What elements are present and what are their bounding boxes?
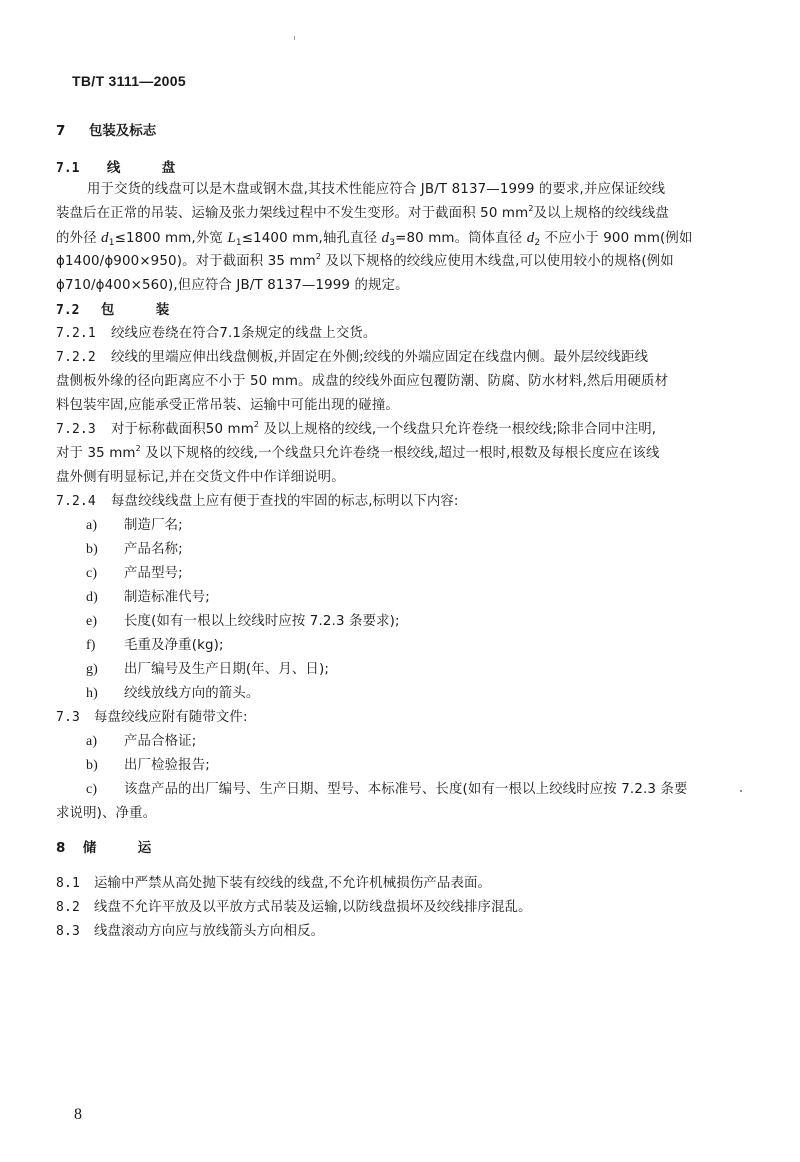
clause-number: 7.1 xyxy=(56,159,79,179)
doc-item-b: b)出厂检验报告; xyxy=(86,756,210,776)
clause-7-2-3-line-2: 对于 35 mm2 及以下规格的绞线,一个线盘只允许卷绕一根绞线,超过一根时,根… xyxy=(56,444,660,464)
page-number: 8 xyxy=(74,1106,82,1124)
item-marker: b) xyxy=(86,756,124,776)
clause-7-2-3-line-3: 盘外侧有明显标记,并在交货文件中作详细说明。 xyxy=(56,468,345,488)
section-title: 包装及标志 xyxy=(89,123,157,139)
item-marker: a) xyxy=(86,516,124,536)
variable: L xyxy=(227,230,236,246)
list-item-a: a)制造厂名; xyxy=(86,516,183,536)
item-marker: c) xyxy=(86,780,124,800)
text-run: ≤1800 mm,外宽 xyxy=(115,231,228,246)
title-char-a: 储 xyxy=(83,840,97,856)
text-run: ϕ1400/ϕ900×950)。对于截面积 35 mm xyxy=(56,254,316,269)
title-char-b: 装 xyxy=(156,302,170,318)
section-7-heading: 7 包装及标志 xyxy=(56,121,156,141)
title-char-a: 线 xyxy=(107,160,121,176)
item-marker: d) xyxy=(86,588,124,608)
paragraph-7-1-line-5: ϕ710/ϕ400×560),但应符合 JB/T 8137—1999 的规定。 xyxy=(56,276,409,296)
clause-number: 7.2.1 xyxy=(56,324,111,344)
clause-7-3: 7.3每盘绞线应附有随带文件: xyxy=(56,708,248,728)
item-text: 制造标准代号; xyxy=(124,590,210,605)
paragraph-7-1-line-3: 的外径 d1≤1800 mm,外宽 L1≤1400 mm,轴孔直径 d3=80 … xyxy=(56,228,693,249)
clause-number: 8.1 xyxy=(56,874,94,894)
list-item-g: g)出厂编号及生产日期(年、月、日); xyxy=(86,660,329,680)
item-text: 长度(如有一根以上绞线时应按 7.2.3 条要求); xyxy=(124,614,400,629)
clause-7-2-2-line-3: 料包装牢固,应能承受正常吊装、运输中可能出现的碰撞。 xyxy=(56,396,399,416)
item-text: 绞线放线方向的箭头。 xyxy=(124,686,259,701)
doc-item-c: c)该盘产品的出厂编号、生产日期、型号、本标准号、长度(如有一根以上绞线时应按 … xyxy=(86,780,688,800)
text-run: 及以下规格的绞线,一个线盘只允许卷绕一根绞线,超过一根时,根数及每根长度应在该线 xyxy=(141,446,660,461)
item-text: 产品型号; xyxy=(124,566,183,581)
item-marker: c) xyxy=(86,564,124,584)
paragraph-7-1-line-2: 装盘后在正常的吊装、运输及张力架线过程中不发生变形。对于截面积 50 mm2及以… xyxy=(56,204,669,224)
clause-8-3: 8.3线盘滚动方向应与放线箭头方向相反。 xyxy=(56,922,324,942)
clause-7-2-3-line-1: 7.2.3对于标称截面积50 mm2 及以上规格的绞线,一个线盘只允许卷绕一根绞… xyxy=(56,420,656,440)
section-number: 8 xyxy=(56,840,65,856)
clause-8-2: 8.2线盘不允许平放及以平放方式吊装及运输,以防线盘损坏及绞线排序混乱。 xyxy=(56,898,532,918)
list-item-e: e)长度(如有一根以上绞线时应按 7.2.3 条要求); xyxy=(86,612,400,632)
item-text: 出厂检验报告; xyxy=(124,758,210,773)
item-marker: h) xyxy=(86,684,124,704)
list-item-b: b)产品名称; xyxy=(86,540,183,560)
item-marker: e) xyxy=(86,612,124,632)
title-char-b: 盘 xyxy=(162,160,176,176)
text-run: 对于 35 mm xyxy=(56,446,136,461)
item-marker: b) xyxy=(86,540,124,560)
item-text: 产品名称; xyxy=(124,542,183,557)
text-run: 及以上规格的绞线线盘 xyxy=(534,206,669,221)
clause-text: 线盘滚动方向应与放线箭头方向相反。 xyxy=(94,924,324,939)
list-item-h: h)绞线放线方向的箭头。 xyxy=(86,684,259,704)
clause-number: 7.2.3 xyxy=(56,420,111,440)
text-run: 及以上规格的绞线,一个线盘只允许卷绕一根绞线;除非合同中注明, xyxy=(259,422,656,437)
text-run: 装盘后在正常的吊装、运输及张力架线过程中不发生变形。对于截面积 50 mm xyxy=(56,206,528,221)
clause-number: 7.2.2 xyxy=(56,348,111,368)
clause-text: 每盘绞线应附有随带文件: xyxy=(94,710,248,725)
item-marker: f) xyxy=(86,636,124,656)
text-run: 及以下规格的绞线应使用木线盘,可以使用较小的规格(例如 xyxy=(321,254,674,269)
list-item-d: d)制造标准代号; xyxy=(86,588,210,608)
clause-7-2-4: 7.2.4每盘绞线线盘上应有便于查找的牢固的标志,标明以下内容: xyxy=(56,492,459,512)
clause-text: 绞线应卷绕在符合7.1条规定的线盘上交货。 xyxy=(111,326,376,341)
clause-number: 7.3 xyxy=(56,708,94,728)
section-8-heading: 8 储 运 xyxy=(56,838,151,858)
text-run: 对于标称截面积50 mm xyxy=(111,422,254,437)
clause-7-2-1: 7.2.1绞线应卷绕在符合7.1条规定的线盘上交货。 xyxy=(56,324,376,344)
standard-code-header: TB/T 3111—2005 xyxy=(72,73,186,89)
list-item-f: f)毛重及净重(kg); xyxy=(86,636,224,656)
document-page: TB/T 3111—2005 7 包装及标志 7.1 线 盘 用于交货的线盘可以… xyxy=(0,0,800,1162)
paragraph-7-1-line-4: ϕ1400/ϕ900×950)。对于截面积 35 mm2 及以下规格的绞线应使用… xyxy=(56,252,674,272)
item-text: 产品合格证; xyxy=(124,734,196,749)
clause-8-1: 8.1运输中严禁从高处抛下装有绞线的线盘,不允许机械损伤产品表面。 xyxy=(56,874,491,894)
item-text: 出厂编号及生产日期(年、月、日); xyxy=(124,662,329,677)
clause-text: 线盘不允许平放及以平放方式吊装及运输,以防线盘损坏及绞线排序混乱。 xyxy=(94,900,532,915)
title-char-a: 包 xyxy=(101,302,115,318)
scan-mark xyxy=(294,36,295,40)
text-run: 不应小于 900 mm(例如 xyxy=(540,231,692,246)
item-text: 毛重及净重(kg); xyxy=(124,638,224,653)
text-run: ≤1400 mm,轴孔直径 xyxy=(242,231,382,246)
paragraph-7-1-line-1: 用于交货的线盘可以是木盘或钢木盘,其技术性能应符合 JB/T 8137—1999… xyxy=(87,180,665,200)
item-marker: a) xyxy=(86,732,124,752)
section-7-1-heading: 7.1 线 盘 xyxy=(56,158,175,179)
clause-7-2-2-line-2: 盘侧板外缘的径向距离应不小于 50 mm。成盘的绞线外面应包覆防潮、防腐、防水材… xyxy=(56,372,668,392)
clause-number: 8.3 xyxy=(56,922,94,942)
scan-speck xyxy=(740,790,742,792)
item-text: 制造厂名; xyxy=(124,518,183,533)
variable: d xyxy=(101,230,109,246)
clause-number: 7.2.4 xyxy=(56,492,111,512)
clause-7-2-2-line-1: 7.2.2绞线的里端应伸出线盘侧板,并固定在外侧;绞线的外端应固定在线盘内侧。最… xyxy=(56,348,648,368)
title-char-b: 运 xyxy=(138,840,152,856)
section-7-2-heading: 7.2 包 装 xyxy=(56,300,169,321)
clause-number: 8.2 xyxy=(56,898,94,918)
clause-number: 7.2 xyxy=(56,301,79,321)
item-marker: g) xyxy=(86,660,124,680)
text-run: 的外径 xyxy=(56,231,101,246)
list-item-c: c)产品型号; xyxy=(86,564,183,584)
clause-text: 每盘绞线线盘上应有便于查找的牢固的标志,标明以下内容: xyxy=(111,494,459,509)
text-run: =80 mm。筒体直径 xyxy=(395,231,527,246)
clause-text: 绞线的里端应伸出线盘侧板,并固定在外侧;绞线的外端应固定在线盘内侧。最外层绞线距… xyxy=(111,350,648,365)
item-text: 该盘产品的出厂编号、生产日期、型号、本标准号、长度(如有一根以上绞线时应按 7.… xyxy=(124,782,688,797)
clause-text: 运输中严禁从高处抛下装有绞线的线盘,不允许机械损伤产品表面。 xyxy=(94,876,491,891)
doc-item-a: a)产品合格证; xyxy=(86,732,196,752)
section-number: 7 xyxy=(56,123,65,139)
doc-item-c-continuation: 求说明)、净重。 xyxy=(56,804,156,824)
